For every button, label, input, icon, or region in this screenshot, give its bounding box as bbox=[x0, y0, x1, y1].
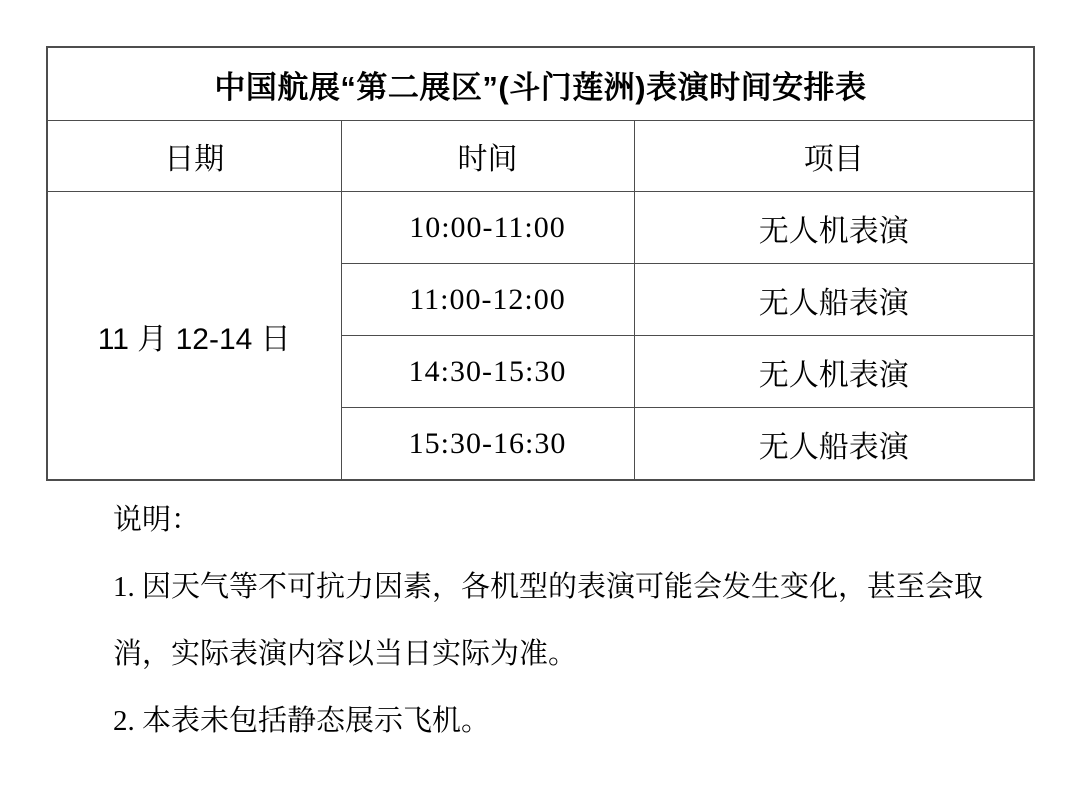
note-line: 2. 本表未包括静态展示飞机。 bbox=[113, 703, 1033, 739]
event-cell: 无人机表演 bbox=[634, 192, 1034, 264]
time-cell: 14:30-15:30 bbox=[341, 336, 634, 408]
event-cell: 无人船表演 bbox=[634, 408, 1034, 481]
time-cell: 11:00-12:00 bbox=[341, 264, 634, 336]
time-cell: 10:00-11:00 bbox=[341, 192, 634, 264]
notes-label: 说明： bbox=[113, 502, 1033, 538]
note-line: 消，实际表演内容以当日实际为准。 bbox=[113, 636, 1033, 672]
header-time: 时间 bbox=[341, 121, 634, 192]
table-row: 11 月 12-14 日 10:00-11:00 无人机表演 bbox=[47, 192, 1034, 264]
document-page: 中国航展“第二展区”(斗门莲洲)表演时间安排表 日期 时间 项目 11 月 12… bbox=[0, 0, 1080, 794]
note-line: 1. 因天气等不可抗力因素，各机型的表演可能会发生变化，甚至会取 bbox=[113, 569, 1033, 605]
time-cell: 15:30-16:30 bbox=[341, 408, 634, 481]
date-cell: 11 月 12-14 日 bbox=[47, 192, 341, 481]
header-date: 日期 bbox=[47, 121, 341, 192]
table-header-row: 日期 时间 项目 bbox=[47, 121, 1034, 192]
table-title-row: 中国航展“第二展区”(斗门莲洲)表演时间安排表 bbox=[47, 47, 1034, 121]
event-cell: 无人机表演 bbox=[634, 336, 1034, 408]
notes-section: 说明： 1. 因天气等不可抗力因素，各机型的表演可能会发生变化，甚至会取 消，实… bbox=[113, 502, 1033, 770]
header-item: 项目 bbox=[634, 121, 1034, 192]
table-title: 中国航展“第二展区”(斗门莲洲)表演时间安排表 bbox=[47, 47, 1034, 121]
schedule-table: 中国航展“第二展区”(斗门莲洲)表演时间安排表 日期 时间 项目 11 月 12… bbox=[46, 46, 1035, 481]
event-cell: 无人船表演 bbox=[634, 264, 1034, 336]
